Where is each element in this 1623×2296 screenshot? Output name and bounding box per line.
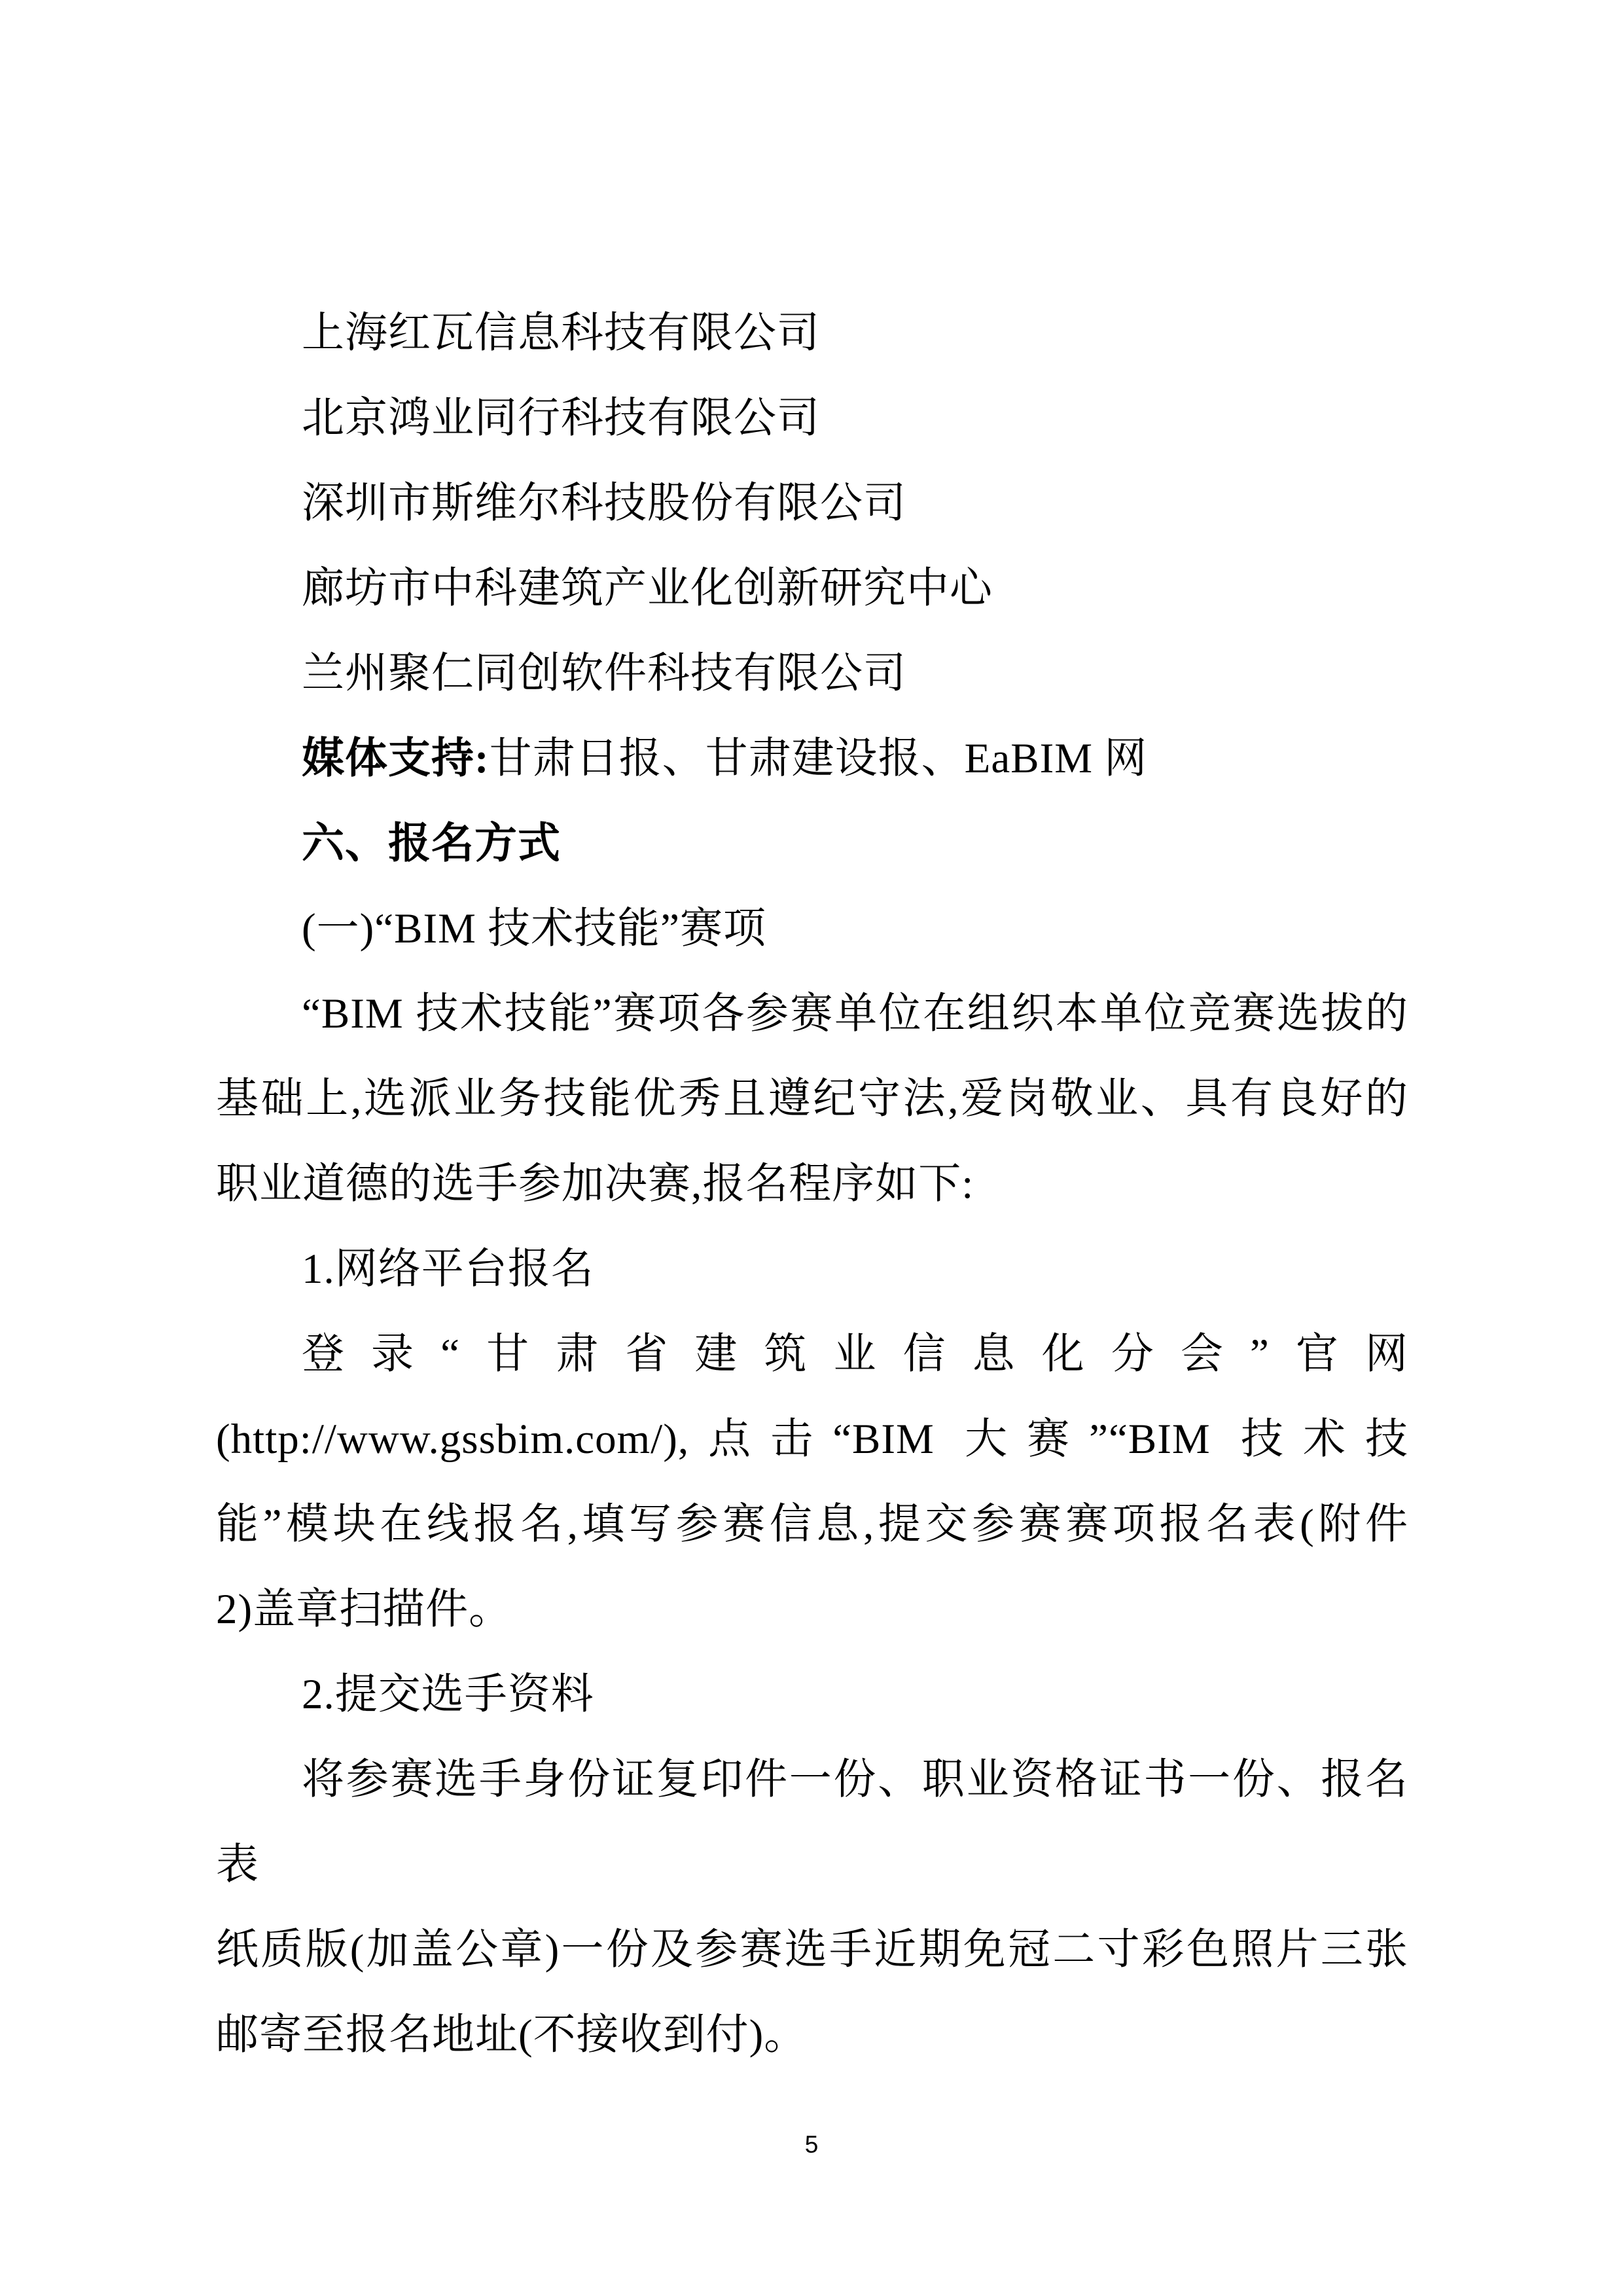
media-support-label: 媒体支持: — [302, 735, 490, 782]
page-number: 5 — [0, 2132, 1623, 2157]
company-line: 北京鸿业同行科技有限公司 — [216, 376, 1408, 461]
step1-heading: 1.网络平台报名 — [216, 1227, 1408, 1312]
media-support-text: 甘肃日报、甘肃建设报、EaBIM 网 — [490, 735, 1148, 782]
step1-line: 登录“甘肃省建筑业信息化分会”官网 — [216, 1312, 1408, 1397]
paragraph-line: 职业道德的选手参加决赛,报名程序如下: — [216, 1141, 1408, 1227]
step1-line: 2)盖章扫描件。 — [216, 1567, 1408, 1652]
company-line: 上海红瓦信息科技有限公司 — [216, 291, 1408, 376]
step2-line: 纸质版(加盖公章)一份及参赛选手近期免冠二寸彩色照片三张 — [216, 1907, 1408, 1992]
step2-heading: 2.提交选手资料 — [216, 1652, 1408, 1737]
section-heading: 六、报名方式 — [216, 801, 1408, 886]
company-line: 廊坊市中科建筑产业化创新研究中心 — [216, 546, 1408, 631]
page-background: 上海红瓦信息科技有限公司 北京鸿业同行科技有限公司 深圳市斯维尔科技股份有限公司… — [0, 0, 1623, 2296]
document-page: { "doc": { "companies": [ "上海红瓦信息科技有限公司"… — [0, 0, 1623, 2296]
step1-url-line: (http://www.gssbim.com/),点击“BIM 大赛”“BIM … — [216, 1397, 1408, 1482]
page-body-text: 上海红瓦信息科技有限公司 北京鸿业同行科技有限公司 深圳市斯维尔科技股份有限公司… — [216, 291, 1408, 2077]
step2-line: 将参赛选手身份证复印件一份、职业资格证书一份、报名表 — [216, 1737, 1408, 1907]
company-line: 兰州聚仁同创软件科技有限公司 — [216, 631, 1408, 716]
paragraph-line: “BIM 技术技能”赛项各参赛单位在组织本单位竞赛选拔的 — [216, 971, 1408, 1056]
media-support-line: 媒体支持:甘肃日报、甘肃建设报、EaBIM 网 — [216, 716, 1408, 801]
step2-line: 邮寄至报名地址(不接收到付)。 — [216, 1992, 1408, 2077]
subsection-heading: (一)“BIM 技术技能”赛项 — [216, 886, 1408, 971]
step1-line: 能”模块在线报名,填写参赛信息,提交参赛赛项报名表(附件 — [216, 1482, 1408, 1567]
company-line: 深圳市斯维尔科技股份有限公司 — [216, 461, 1408, 546]
paragraph-line: 基础上,选派业务技能优秀且遵纪守法,爱岗敬业、具有良好的 — [216, 1056, 1408, 1141]
